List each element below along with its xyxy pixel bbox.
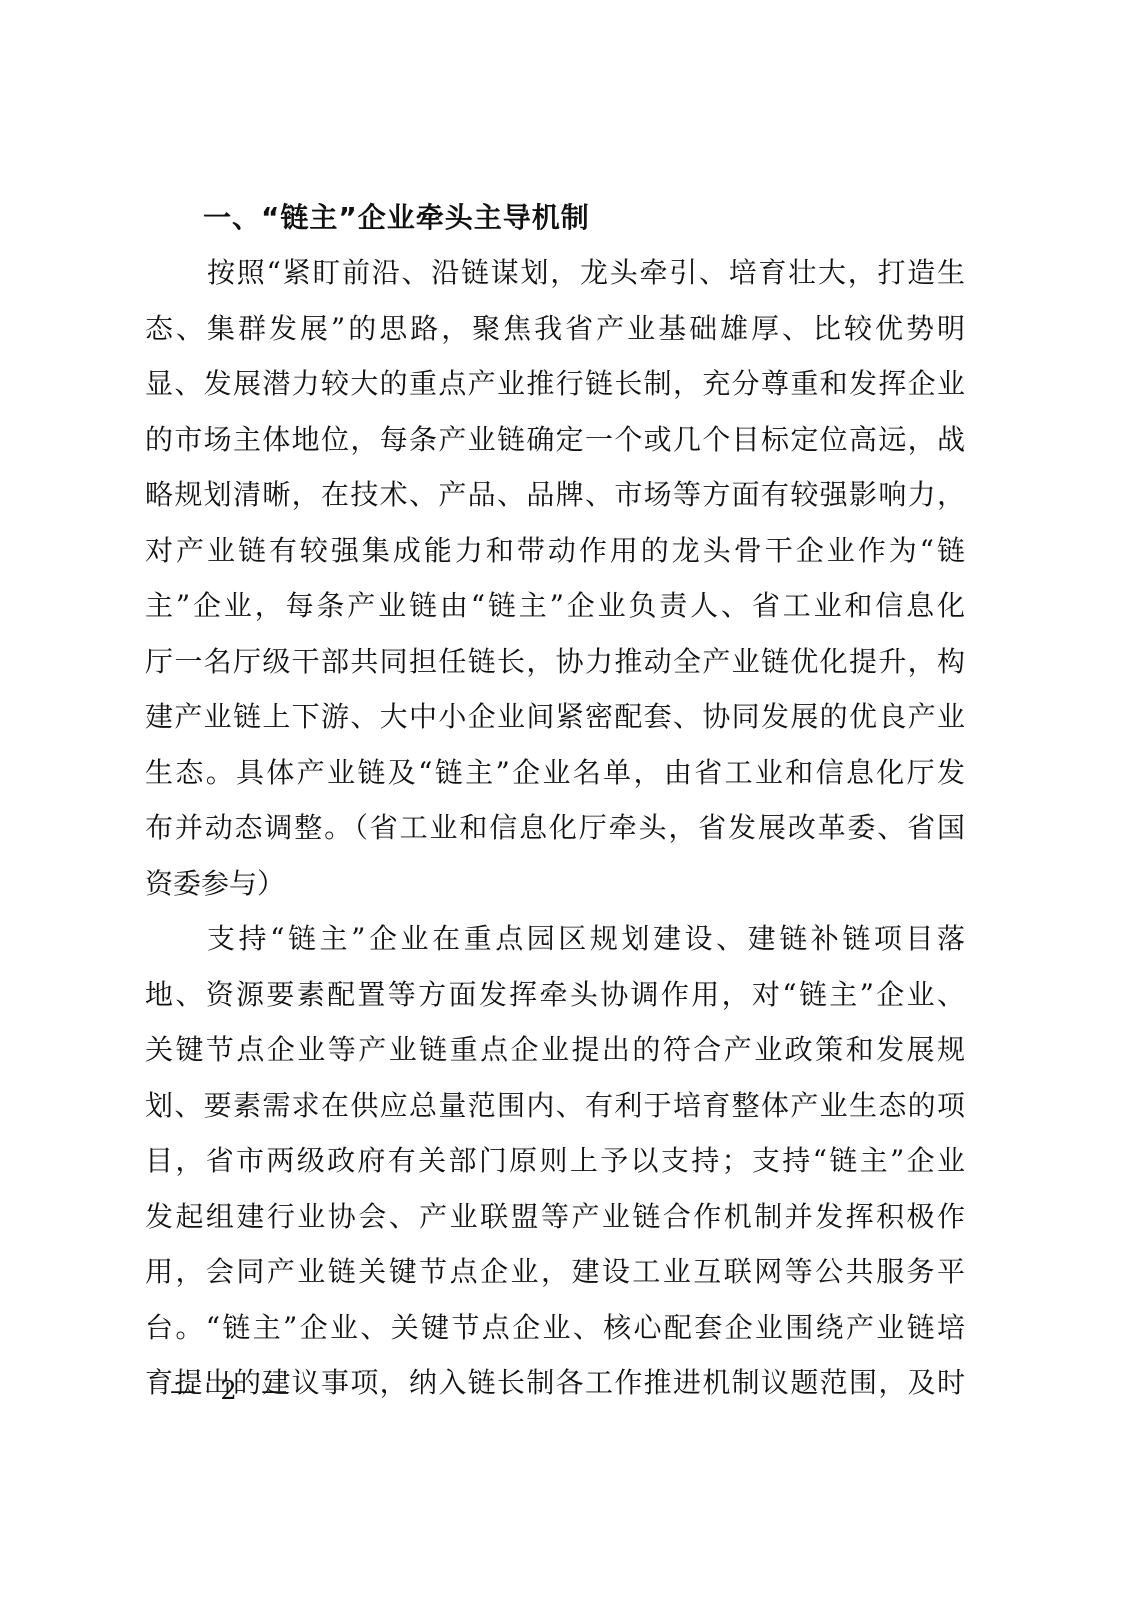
paragraph-line: 发起组建行业协会、产业联盟等产业链合作机制并发挥积极作 bbox=[145, 1189, 965, 1245]
paragraph-line: 生态。具体产业链及“链主”企业名单，由省工业和信息化厅发 bbox=[145, 745, 965, 801]
paragraph-2: 支持“链主”企业在重点园区规划建设、建链补链项目落 地、资源要素配置等方面发挥牵… bbox=[145, 911, 965, 1411]
paragraph-line: 对产业链有较强集成能力和带动作用的龙头骨干企业作为“链 bbox=[145, 523, 965, 579]
paragraph-line: 支持“链主”企业在重点园区规划建设、建链补链项目落 bbox=[145, 911, 965, 967]
section-heading: 一、“链主”企业牵头主导机制 bbox=[145, 190, 965, 245]
page-number: — 2 — bbox=[170, 1376, 295, 1406]
paragraph-line: 厅一名厅级干部共同担任链长，协力推动全产业链优化提升，构 bbox=[145, 634, 965, 690]
paragraph-1: 按照“紧盯前沿、沿链谋划，龙头牵引、培育壮大，打造生 态、集群发展”的思路，聚焦… bbox=[145, 245, 965, 911]
paragraph-line: 目，省市两级政府有关部门原则上予以支持；支持“链主”企业 bbox=[145, 1133, 965, 1189]
paragraph-line: 显、发展潜力较大的重点产业推行链长制，充分尊重和发挥企业 bbox=[145, 356, 965, 412]
paragraph-line: 布并动态调整。（省工业和信息化厅牵头，省发展改革委、省国 bbox=[145, 800, 965, 856]
document-page: 一、“链主”企业牵头主导机制 按照“紧盯前沿、沿链谋划，龙头牵引、培育壮大，打造… bbox=[145, 190, 965, 1411]
paragraph-line: 略规划清晰，在技术、产品、品牌、市场等方面有较强影响力， bbox=[145, 467, 965, 523]
paragraph-line: 台。“链主”企业、关键节点企业、核心配套企业围绕产业链培 bbox=[145, 1300, 965, 1356]
paragraph-line: 建产业链上下游、大中小企业间紧密配套、协同发展的优良产业 bbox=[145, 689, 965, 745]
paragraph-line: 资委参与） bbox=[145, 856, 965, 912]
paragraph-line: 用，会同产业链关键节点企业，建设工业互联网等公共服务平 bbox=[145, 1244, 965, 1300]
paragraph-line: 划、要素需求在供应总量范围内、有利于培育整体产业生态的项 bbox=[145, 1078, 965, 1134]
paragraph-line: 的市场主体地位，每条产业链确定一个或几个目标定位高远，战 bbox=[145, 412, 965, 468]
paragraph-line: 关键节点企业等产业链重点企业提出的符合产业政策和发展规 bbox=[145, 1022, 965, 1078]
paragraph-line: 态、集群发展”的思路，聚焦我省产业基础雄厚、比较优势明 bbox=[145, 301, 965, 357]
paragraph-line: 地、资源要素配置等方面发挥牵头协调作用，对“链主”企业、 bbox=[145, 967, 965, 1023]
paragraph-line: 主”企业，每条产业链由“链主”企业负责人、省工业和信息化 bbox=[145, 578, 965, 634]
paragraph-line: 按照“紧盯前沿、沿链谋划，龙头牵引、培育壮大，打造生 bbox=[145, 245, 965, 301]
